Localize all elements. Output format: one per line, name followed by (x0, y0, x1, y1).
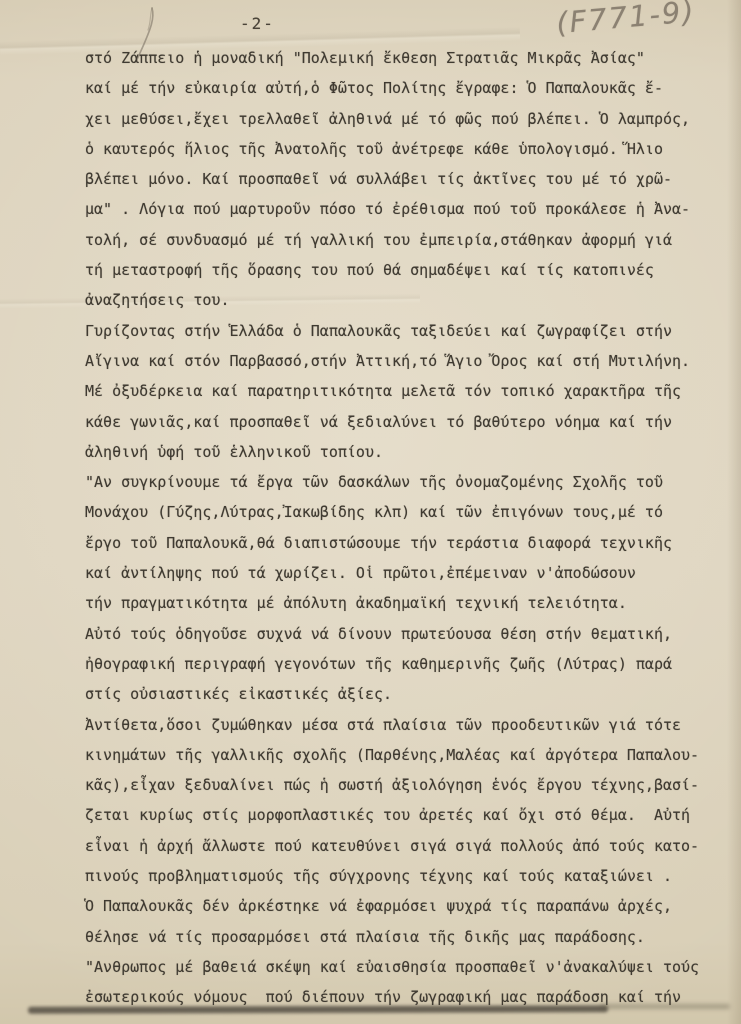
text-line: πινούς προβληματισμούς τῆς σύγχρονης τέχ… (85, 861, 725, 891)
text-line: ἀναζητήσεις του. (85, 285, 725, 315)
text-line: μα" . Λόγια πού μαρτυροῦν πόσο τό ἐρέθισ… (85, 194, 725, 224)
text-line: ὁ καυτερός ἥλιος τῆς Ἀνατολῆς τοῦ ἀνέτρε… (85, 134, 725, 164)
scanned-document-page: -2- (F771-9) στό Ζάππειο ἡ μοναδική "Πολ… (0, 0, 741, 1024)
text-line: καί ἀντίληψης πού τά χωρίζει. Οἱ πρῶτοι,… (85, 558, 725, 588)
text-line: "Αν συγκρίνουμε τά ἔργα τῶν δασκάλων τῆς… (85, 467, 725, 497)
paper-edge-shadow-right (727, 0, 741, 1024)
text-line: ἔργο τοῦ Παπαλουκᾶ,θά διαπιστώσουμε τήν … (85, 528, 725, 558)
text-line: εἶναι ἡ ἀρχή ἄλλωστε πού κατευθύνει σιγά… (85, 831, 725, 861)
page-number: -2- (240, 14, 275, 33)
text-line: Μέ ὀξυδέρκεια καί παρατηριτικότητα μελετ… (85, 376, 725, 406)
text-line: κᾶς),εἶχαν ξεδυαλίνει πώς ἡ σωστή ἀξιολό… (85, 770, 725, 800)
text-line: καί μέ τήν εὐκαιρία αὐτή,ὁ Φῶτος Πολίτης… (85, 73, 725, 103)
text-line: Γυρίζοντας στήν Ἑλλάδα ὁ Παπαλουκᾶς ταξι… (85, 316, 725, 346)
text-line: τήν πραγματικότητα μέ ἀπόλυτη ἀκαδημαϊκή… (85, 588, 725, 618)
text-line: τή μεταστροφή τῆς ὅρασης του πού θά σημα… (85, 255, 725, 285)
text-line: στό Ζάππειο ἡ μοναδική "Πολεμική ἔκθεση … (85, 43, 725, 73)
text-line: βλέπει μόνο. Καί προσπαθεῖ νά συλλάβει τ… (85, 164, 725, 194)
text-line: Ἀντίθετα,ὅσοι ζυμώθηκαν μέσα στά πλαίσια… (85, 710, 725, 740)
paper-edge-shadow-bottom-right (600, 1004, 730, 1009)
text-line: ἀληθινή ὑφή τοῦ ἑλληνικοῦ τοπίου. (85, 437, 725, 467)
text-line: κινημάτων τῆς γαλλικῆς σχολῆς (Παρθένης,… (85, 740, 725, 770)
text-line: "Ανθρωπος μέ βαθειά σκέψη καί εὐαισθησία… (85, 952, 725, 982)
text-line: ἠθογραφική περιγραφή γεγονότων τῆς καθημ… (85, 649, 725, 679)
text-line: Ὁ Παπαλουκᾶς δέν ἀρκέστηκε νά ἐφαρμόσει … (85, 891, 725, 921)
text-line: χει μεθύσει,ἔχει τρελλαθεῖ ἀληθινά μέ τό… (85, 104, 725, 134)
text-line: τολή, σέ συνδυασμό μέ τή γαλλική του ἐμπ… (85, 225, 725, 255)
handwritten-reference-code: (F771-9) (555, 0, 741, 40)
text-line: ζεται κυρίως στίς μορφοπλαστικές του ἀρε… (85, 800, 725, 830)
text-line: Μονάχου (Γύζης,Λύτρας,Ἰακωβίδης κλπ) καί… (85, 497, 725, 527)
text-line: κάθε γωνιᾶς,καί προσπαθεῖ νά ξεδιαλύνει … (85, 407, 725, 437)
text-line: Αἴγινα καί στόν Παρβασσό,στήν Ἀττική,τό … (85, 346, 725, 376)
text-line: Αὐτό τούς ὁδηγοῦσε συχνά νά δίνουν πρωτε… (85, 619, 725, 649)
typewritten-body-text: στό Ζάππειο ἡ μοναδική "Πολεμική ἔκθεση … (85, 43, 725, 1013)
text-line: στίς οὐσιαστικές εἰκαστικές ἀξίες. (85, 679, 725, 709)
text-line: θέλησε νά τίς προσαρμόσει στά πλαίσια τῆ… (85, 922, 725, 952)
